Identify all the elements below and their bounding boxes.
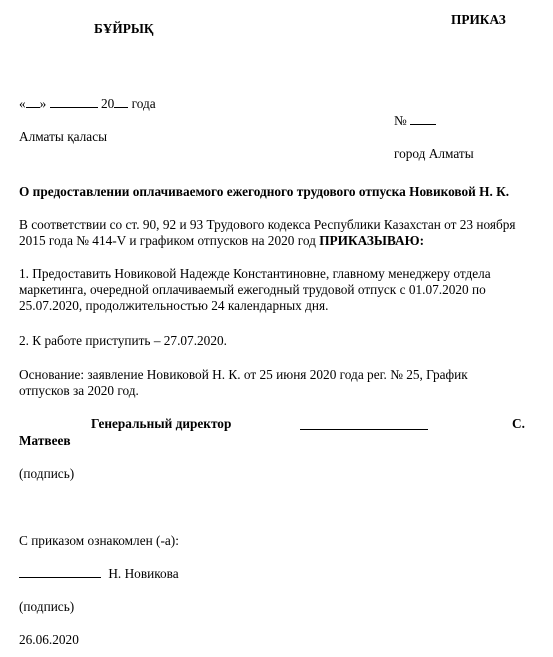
number-label: № <box>394 113 407 128</box>
city-kazakh: Алматы қаласы <box>19 129 107 145</box>
preamble-text: В соответствии со ст. 90, 92 и 93 Трудов… <box>19 217 516 248</box>
employee-signature-caption: (подпись) <box>19 599 74 615</box>
order-basis: Основание: заявление Новиковой Н. К. от … <box>19 367 519 399</box>
employee-signature-line[interactable] <box>19 566 101 578</box>
signatory-position: Генеральный директор <box>91 416 231 432</box>
title-russian: ПРИКАЗ <box>451 12 506 28</box>
order-subject: О предоставлении оплачиваемого ежегодног… <box>19 184 509 200</box>
date-placeholder: «» 20 года <box>19 96 156 112</box>
date-open-quote: « <box>19 96 26 111</box>
order-item-2: 2. К работе приступить – 27.07.2020. <box>19 333 227 349</box>
director-signature-caption: (подпись) <box>19 466 74 482</box>
preamble: В соответствии со ст. 90, 92 и 93 Трудов… <box>19 217 539 249</box>
day-blank[interactable] <box>26 96 40 108</box>
number-blank[interactable] <box>410 113 436 125</box>
year-prefix: 20 <box>101 96 114 111</box>
city-russian: город Алматы <box>394 146 474 162</box>
year-blank[interactable] <box>114 96 128 108</box>
signatory-surname: Матвеев <box>19 433 71 449</box>
order-number: № <box>394 113 436 129</box>
title-kazakh: БҰЙРЫҚ <box>94 21 154 37</box>
acknowledgement-label: С приказом ознакомлен (-а): <box>19 533 179 549</box>
employee-name: Н. Новикова <box>108 566 178 581</box>
acknowledgement-date: 26.06.2020 <box>19 632 79 648</box>
signatory-initial: С. <box>512 416 525 432</box>
month-blank[interactable] <box>50 96 98 108</box>
order-item-1: 1. Предоставить Новиковой Надежде Конста… <box>19 266 544 314</box>
acknowledgement-signature-row: Н. Новикова <box>19 566 179 582</box>
date-close-quote: » <box>40 96 47 111</box>
command-word: ПРИКАЗЫВАЮ: <box>319 233 424 248</box>
date-suffix: года <box>132 96 156 111</box>
director-signature-line[interactable] <box>300 416 428 430</box>
